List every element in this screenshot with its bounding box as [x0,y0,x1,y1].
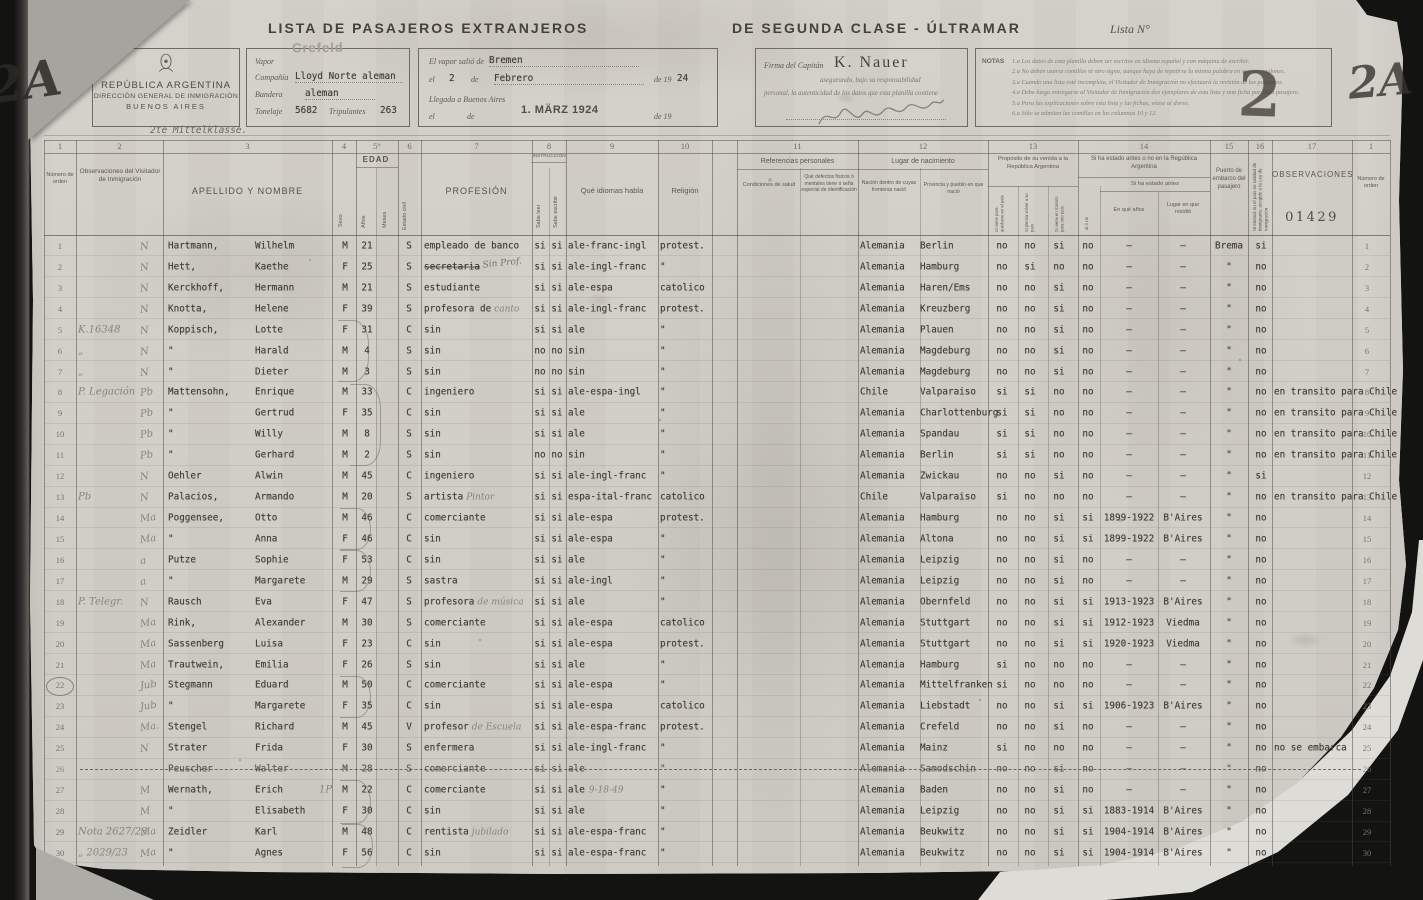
cell-given-name: Eva [255,596,317,607]
cell-birth-province: Beukwitz [920,826,990,837]
cell-immigrant-flag: no [1250,282,1272,293]
cell-profession-handwritten: canto [494,304,519,314]
cell-given-name: Emilia [255,659,317,670]
cell-purpose-2: no [1016,533,1044,544]
cell-purpose-1: si [988,408,1016,419]
page-marker-right: 2A [1346,53,1415,109]
cell-birth-province: Stuttgart [920,617,990,628]
cell-purpose-3: si [1044,345,1074,356]
table-row: 10 Pb " Willy M 8 S sin si si ale " Alem… [0,424,1423,445]
cell-years-resided: 1899-1922 [1100,513,1158,524]
cell-birth-province: Stuttgart [920,638,990,649]
cell-surname: Peuscher [168,764,254,775]
cell-immigrant-flag: no [1250,638,1272,649]
cell-languages: ale [568,659,656,670]
cell-can-read: si [532,492,548,503]
cell-birth-province: Plauen [920,324,990,335]
cell-religion: " [660,533,710,544]
cell-languages: ale-espa [568,282,656,293]
cell-religion: catolico [660,492,710,503]
cell-purpose-1: si [988,387,1016,398]
cell-embark-port: " [1210,785,1248,796]
cell-purpose-3: si [1044,303,1074,314]
cell-order-number-right: 16 [1352,555,1382,565]
cell-profession-typed: ingeniero [424,471,474,482]
cell-purpose-2: no [1016,764,1044,775]
cell-sex: M [334,471,356,482]
cell-can-write: si [549,471,565,482]
cell-can-write: si [549,617,565,628]
cell-purpose-1: no [988,345,1016,356]
cell-given-name: Sophie [255,554,317,565]
cell-profession: artistaPintor [424,492,532,503]
cell-surname: " [168,701,254,712]
cell-profession-typed: ingeniero [424,387,474,398]
cell-profession-typed: comerciante [424,513,486,524]
cell-languages: ale-ingl-franc [568,471,656,482]
cell-years-resided: – [1100,764,1158,775]
cell-place-resided: – [1158,429,1208,440]
cell-place-resided: B'Aires [1158,826,1208,837]
cell-order-number: 15 [46,534,74,544]
cell-profession: sin [424,429,532,440]
cell-purpose-3: si [1044,513,1074,524]
cell-given-name-annotation: 1P [319,785,335,796]
cell-immigrant-flag: no [1250,826,1272,837]
cell-been-before: no [1078,345,1098,356]
cell-place-resided: – [1158,659,1208,670]
cell-been-before: no [1078,240,1098,251]
cell-surname: Strater [168,743,254,754]
cell-order-number-right: 14 [1352,513,1382,523]
cell-purpose-1: si [988,659,1016,670]
cell-been-before: no [1078,659,1098,670]
cell-civil-status: S [398,743,420,754]
cell-purpose-1: no [988,617,1016,628]
cell-languages-typed: ale-espa [568,701,613,712]
cell-order-number-right: 28 [1352,806,1382,816]
cell-birth-nation: Alemania [860,261,918,272]
cell-profession: sin [424,345,532,356]
cell-visitor-mark: M [139,783,162,797]
cell-surname: Kerckhoff, [168,282,254,293]
cell-visitor-mark: Pb [139,448,162,462]
cell-immigrant-flag: no [1250,806,1272,817]
cell-birth-province: Hamburg [920,261,990,272]
cell-birth-nation: Chile [860,387,918,398]
cell-civil-status: S [398,450,420,461]
cell-age-years: 28 [356,764,378,775]
cell-place-resided: – [1158,722,1208,733]
cell-can-write: si [549,680,565,691]
cell-religion: protest. [660,513,710,524]
cell-birth-province: Mittelfranken [920,680,990,691]
cell-birth-province: Haren/Ems [920,282,990,293]
cell-purpose-1: no [988,826,1016,837]
cell-surname: Trautwein, [168,659,254,670]
cell-can-read: si [532,638,548,649]
cell-can-write: si [549,303,565,314]
cell-can-read: si [532,806,548,817]
cell-given-name: Margarete [255,575,317,586]
cell-languages-typed: sin [568,366,585,377]
cell-surname: Stengel [168,722,254,733]
cell-purpose-1: no [988,261,1016,272]
cell-given-name: Richard [255,722,317,733]
cell-purpose-2: no [1016,617,1044,628]
cell-birth-nation: Alemania [860,680,918,691]
cell-surname: " [168,575,254,586]
cell-years-resided: 1912-1923 [1100,617,1158,628]
cell-birth-nation: Alemania [860,826,918,837]
cell-surname: Knotta, [168,303,254,314]
cell-birth-nation: Alemania [860,513,918,524]
table-row: 24 Ma. Stengel Richard M 45 V profesorde… [0,717,1423,738]
cell-profession-typed: sin [424,701,441,712]
cell-sex: F [334,596,356,607]
cell-religion: protest. [660,638,710,649]
cell-birth-nation: Alemania [860,659,918,670]
cell-order-number: 2 [46,262,74,272]
cell-languages: ale9-18-49 [568,785,656,796]
cell-visitor-mark [140,768,162,771]
cell-languages-typed: ale [568,764,585,775]
handwritten-brace [340,508,371,550]
cell-birth-province: Liebstadt [920,701,990,712]
cell-purpose-1: si [988,492,1016,503]
cell-can-read: si [532,324,548,335]
cell-can-write: no [549,366,565,377]
cell-age-years: 30 [356,743,378,754]
cell-languages-typed: ale-espa-franc [568,722,646,733]
cell-purpose-2: no [1016,303,1044,314]
cell-can-write: si [549,764,565,775]
cell-visitor-annotation: „ [78,366,140,377]
cell-languages: sin [568,366,656,377]
cell-visitor-annotation: P. Legación [78,387,140,398]
cell-been-before: no [1078,575,1098,586]
cell-birth-province: Crefeld [920,722,990,733]
cell-order-number: 18 [46,597,74,607]
cell-visitor-mark: Ma. [139,720,162,734]
cell-order-number: 21 [46,660,74,670]
cell-can-write: si [549,261,565,272]
cell-surname: Sassenberg [168,638,254,649]
cell-order-number: 17 [46,576,74,586]
cell-embark-port: " [1210,722,1248,733]
cell-age-years: 45 [356,722,378,733]
cell-been-before: no [1078,303,1098,314]
table-row: 18 P. Telegr. N Rausch Eva F 47 S profes… [0,591,1423,612]
cell-civil-status: C [398,513,420,524]
cell-civil-status: S [398,303,420,314]
cell-languages-typed: ale-ingl-franc [568,261,646,272]
cell-years-resided: 1920-1923 [1100,638,1158,649]
cell-civil-status: C [398,806,420,817]
cell-can-write: si [549,743,565,754]
cell-visitor-mark: Pb [139,385,162,399]
cell-can-write: si [549,575,565,586]
cell-visitor-annotation: Pb [78,492,140,503]
cell-purpose-1: no [988,471,1016,482]
cell-visitor-mark: N [139,302,162,316]
cell-immigrant-flag: no [1250,785,1272,796]
cell-purpose-1: no [988,324,1016,335]
cell-been-before: no [1078,471,1098,482]
cell-order-number-right: 30 [1352,848,1382,858]
cell-languages: ale [568,324,656,335]
cell-purpose-3: no [1044,429,1074,440]
cell-languages: ale [568,596,656,607]
cell-religion: " [660,429,710,440]
cell-embark-port: " [1210,261,1248,272]
cell-immigrant-flag: no [1250,701,1272,712]
cell-age-years: 39 [356,303,378,314]
cell-surname: Stegmann [168,680,254,691]
cell-immigrant-flag: no [1250,743,1272,754]
cell-languages: espa-ital-franc [568,492,656,503]
cell-order-number-right: 1 [1352,241,1382,251]
cell-languages: ale-espa [568,638,656,649]
cell-can-read: si [532,554,548,565]
cell-can-write: si [549,533,565,544]
cell-embark-port: " [1210,513,1248,524]
cell-age-years: 26 [356,659,378,670]
cell-order-number: 9 [46,408,74,418]
table-row: 3 N Kerckhoff, Hermann M 21 S estudiante… [0,277,1423,298]
cell-observations: en transito para Chile [1274,429,1356,440]
cell-order-number: 16 [46,555,74,565]
cell-visitor-mark: N [139,469,162,483]
cell-can-write: si [549,722,565,733]
cell-birth-province: Magdeburg [920,366,990,377]
page-corner-fold-bottom [36,848,154,900]
cell-surname: Putze [168,554,254,565]
cell-purpose-3: no [1044,387,1074,398]
cell-birth-province: Valparaiso [920,387,990,398]
cell-religion: " [660,261,710,272]
cell-profession: profesorde Escuela [424,722,532,733]
cell-place-resided: – [1158,366,1208,377]
cell-languages-typed: ale-ingl [568,575,613,586]
cell-given-name: Willy [255,429,317,440]
cell-order-number-right: 24 [1352,722,1382,732]
cell-profession: estudiante [424,282,532,293]
cell-order-number: 22 [46,680,74,690]
cell-birth-nation: Alemania [860,533,918,544]
cell-languages: ale-espa [568,533,656,544]
cell-years-resided: 1883-1914 [1100,806,1158,817]
cell-years-resided: – [1100,492,1158,503]
cell-religion: " [660,345,710,356]
cell-purpose-3: si [1044,806,1074,817]
cell-observations: en transito para Chile [1274,492,1356,503]
cell-can-write: si [549,785,565,796]
cell-civil-status: C [398,408,420,419]
cell-been-before: no [1078,366,1098,377]
cell-order-number: 3 [46,283,74,293]
cell-languages: ale [568,429,656,440]
cell-birth-nation: Alemania [860,345,918,356]
cell-order-number-right: 19 [1352,618,1382,628]
cell-profession: comerciante [424,764,532,775]
cell-languages-handwritten: 9-18-49 [589,786,624,796]
table-row: 8 P. Legación Pb Mattensohn, Enrique M 3… [0,382,1423,403]
cell-birth-province: Leipzig [920,554,990,565]
cell-can-write: si [549,324,565,335]
cell-given-name: Kaethe [255,261,317,272]
cell-birth-nation: Alemania [860,240,918,251]
cell-profession-typed: rentista [424,826,469,837]
cell-been-before: no [1078,429,1098,440]
cell-purpose-1: si [988,743,1016,754]
cell-place-resided: – [1158,554,1208,565]
cell-immigrant-flag: no [1250,617,1272,628]
cell-religion: " [660,659,710,670]
cell-profession-typed: sin [424,450,441,461]
cell-years-resided: – [1100,366,1158,377]
cell-purpose-3: si [1044,554,1074,565]
cell-visitor-annotation: „ [78,345,140,356]
table-row: 16 a Putze Sophie F 53 C sin si si ale "… [0,549,1423,570]
cell-visitor-mark: Ma [139,511,162,525]
cell-religion: catolico [660,282,710,293]
cell-embark-port: " [1210,596,1248,607]
cell-given-name: Alwin [255,471,317,482]
cell-observations: no se embarca [1274,743,1356,754]
cell-birth-province: Valparaiso [920,492,990,503]
cell-profession-typed: comerciante [424,764,486,775]
cell-languages-typed: ale-espa [568,533,613,544]
cell-embark-port: " [1210,680,1248,691]
cell-languages: ale-ingl [568,575,656,586]
cell-religion: protest. [660,722,710,733]
cell-civil-status: C [398,554,420,565]
cell-age-years: 25 [356,261,378,272]
cell-years-resided: – [1100,408,1158,419]
cell-languages-typed: ale [568,324,585,335]
cell-surname: Palacios, [168,492,254,503]
table-row: 17 a " Margarete M 29 S sastra si si ale… [0,570,1423,591]
cell-age-years: 20 [356,492,378,503]
cell-civil-status: C [398,533,420,544]
cell-profession-typed: secretaria [424,261,480,272]
cell-purpose-1: no [988,701,1016,712]
cell-visitor-mark: M [139,804,162,818]
cell-profession-typed: profesora de [424,303,491,314]
cell-years-resided: – [1100,450,1158,461]
cell-civil-status: S [398,617,420,628]
cell-embark-port: " [1210,492,1248,503]
cell-religion: " [660,785,710,796]
cell-birth-province: Kreuzberg [920,303,990,314]
cell-profession: comerciante [424,513,532,524]
cell-civil-status: C [398,826,420,837]
cell-purpose-3: si [1044,575,1074,586]
cell-can-write: si [549,826,565,837]
cell-surname: Mattensohn, [168,387,254,398]
cell-immigrant-flag: no [1250,659,1272,670]
table-row: 28 M " Elisabeth F 30 C sin si si ale " … [0,801,1423,822]
cell-religion: " [660,743,710,754]
cell-order-number: 20 [46,639,74,649]
cell-order-number: 11 [46,450,74,460]
cell-given-name: Wilhelm [255,240,317,251]
cell-languages: ale [568,408,656,419]
cell-languages-typed: ale-franc-ingl [568,240,646,251]
cell-civil-status: S [398,492,420,503]
cell-order-number-right: 20 [1352,639,1382,649]
cell-place-resided: – [1158,680,1208,691]
cell-languages-typed: ale-espa-franc [568,847,646,858]
cell-civil-status: C [398,701,420,712]
cell-purpose-3: si [1044,722,1074,733]
cell-embark-port: " [1210,575,1248,586]
cell-purpose-2: no [1016,575,1044,586]
cell-order-number: 14 [46,513,74,523]
cell-order-number: 5 [46,325,74,335]
cell-surname: " [168,429,254,440]
cell-order-number-right: 15 [1352,534,1382,544]
cell-purpose-1: no [988,533,1016,544]
cell-profession-typed: sin [424,847,441,858]
cell-birth-province: Altona [920,533,990,544]
cell-visitor-annotation: K.16348 [78,324,140,335]
cell-place-resided: – [1158,408,1208,419]
cell-purpose-1: no [988,303,1016,314]
table-row: 26 Peuscher Walter M 28 S comerciante si… [0,759,1423,780]
cell-purpose-2: no [1016,659,1044,670]
cell-can-read: si [532,303,548,314]
cell-profession: ingeniero [424,387,532,398]
cell-order-number: 13 [46,492,74,502]
cell-order-number-right: 26 [1352,764,1382,774]
cell-birth-province: Leipzig [920,575,990,586]
handwritten-brace [340,676,371,718]
cell-civil-status: C [398,785,420,796]
document-content: LISTA DE PASAJEROS EXTRANJEROS DE SEGUND… [0,0,1423,900]
cell-civil-status: C [398,680,420,691]
cell-birth-nation: Alemania [860,743,918,754]
table-row: 15 Ma " Anna F 46 C sin si si ale-espa "… [0,529,1423,550]
cell-visitor-mark: Jub [139,699,162,713]
cell-birth-province: Obernfeld [920,596,990,607]
cell-profession: comerciante [424,680,532,691]
cell-languages-typed: ale [568,429,585,440]
cell-order-number: 27 [46,785,74,795]
cell-birth-nation: Alemania [860,785,918,796]
cell-can-write: si [549,806,565,817]
cell-purpose-1: no [988,575,1016,586]
cell-years-resided: – [1100,324,1158,335]
cell-surname: Poggensee, [168,513,254,524]
cell-birth-province: Magdeburg [920,345,990,356]
cell-religion: " [660,596,710,607]
cell-purpose-3: si [1044,701,1074,712]
cell-languages: ale-ingl-franc [568,743,656,754]
cell-order-number-right: 3 [1352,283,1382,293]
cell-immigrant-flag: no [1250,387,1272,398]
cell-can-read: si [532,785,548,796]
cell-been-before: no [1078,680,1098,691]
cell-languages-typed: ale-espa-franc [568,826,646,837]
cell-visitor-mark: Ma [139,616,162,630]
cell-birth-nation: Alemania [860,617,918,628]
cell-profession-typed: profesor [424,722,469,733]
cell-sex: F [334,303,356,314]
cell-profession-handwritten: de música [477,597,523,607]
cell-civil-status: C [398,324,420,335]
